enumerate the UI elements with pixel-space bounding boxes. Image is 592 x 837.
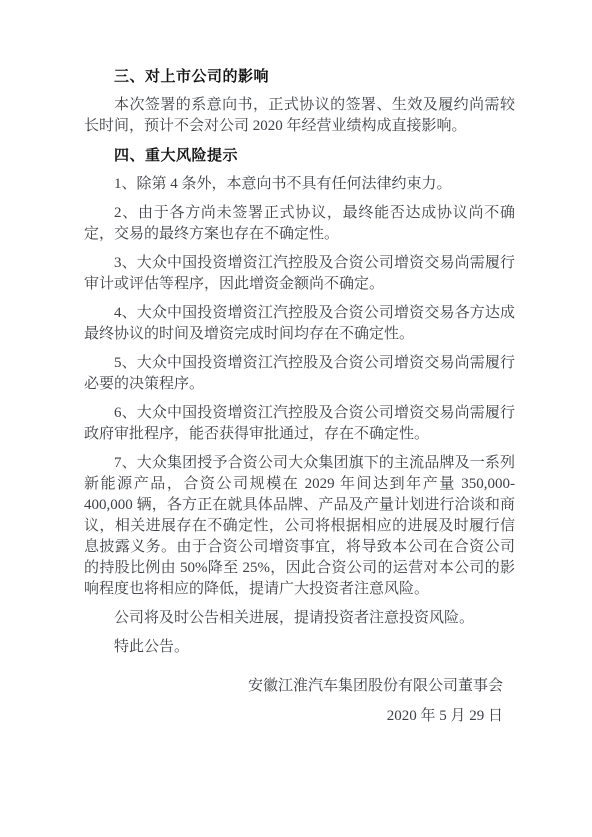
risk-item-1: 1、除第 4 条外，本意向书不具有任何法律约束力。 bbox=[84, 174, 515, 195]
closing-progress-note: 公司将及时公告相关进展，提请投资者注意投资风险。 bbox=[84, 608, 515, 629]
risk-item-6: 6、大众中国投资增资江汽控股及合资公司增资交易尚需履行政府审批程序，能否获得审批… bbox=[84, 403, 515, 445]
risk-item-4: 4、大众中国投资增资江汽控股及合资公司增资交易各方达成最终协议的时间及增资完成时… bbox=[84, 303, 515, 345]
risk-item-2: 2、由于各方尚未签署正式协议，最终能否达成协议尚不确定，交易的最终方案也存在不确… bbox=[84, 203, 515, 245]
impact-paragraph: 本次签署的系意向书，正式协议的签署、生效及履约尚需较长时间，预计不会对公司 20… bbox=[84, 95, 515, 137]
signature-date: 2020 年 5 月 29 日 bbox=[84, 706, 503, 727]
risk-item-5: 5、大众中国投资增资江汽控股及合资公司增资交易尚需履行必要的决策程序。 bbox=[84, 353, 515, 395]
closing-announcement: 特此公告。 bbox=[84, 637, 515, 658]
section-heading-impact: 三、对上市公司的影响 bbox=[84, 66, 515, 87]
signature-block: 安徽江淮汽车集团股份有限公司董事会 2020 年 5 月 29 日 bbox=[84, 676, 515, 727]
section-heading-risk: 四、重大风险提示 bbox=[84, 145, 515, 166]
signature-company: 安徽江淮汽车集团股份有限公司董事会 bbox=[84, 676, 503, 697]
risk-item-3: 3、大众中国投资增资江汽控股及合资公司增资交易尚需履行审计或评估等程序，因此增资… bbox=[84, 253, 515, 295]
risk-item-7: 7、大众集团授予合资公司大众集团旗下的主流品牌及一系列新能源产品，合资公司规模在… bbox=[84, 453, 515, 600]
announcement-page: 三、对上市公司的影响 本次签署的系意向书，正式协议的签署、生效及履约尚需较长时间… bbox=[0, 0, 592, 837]
